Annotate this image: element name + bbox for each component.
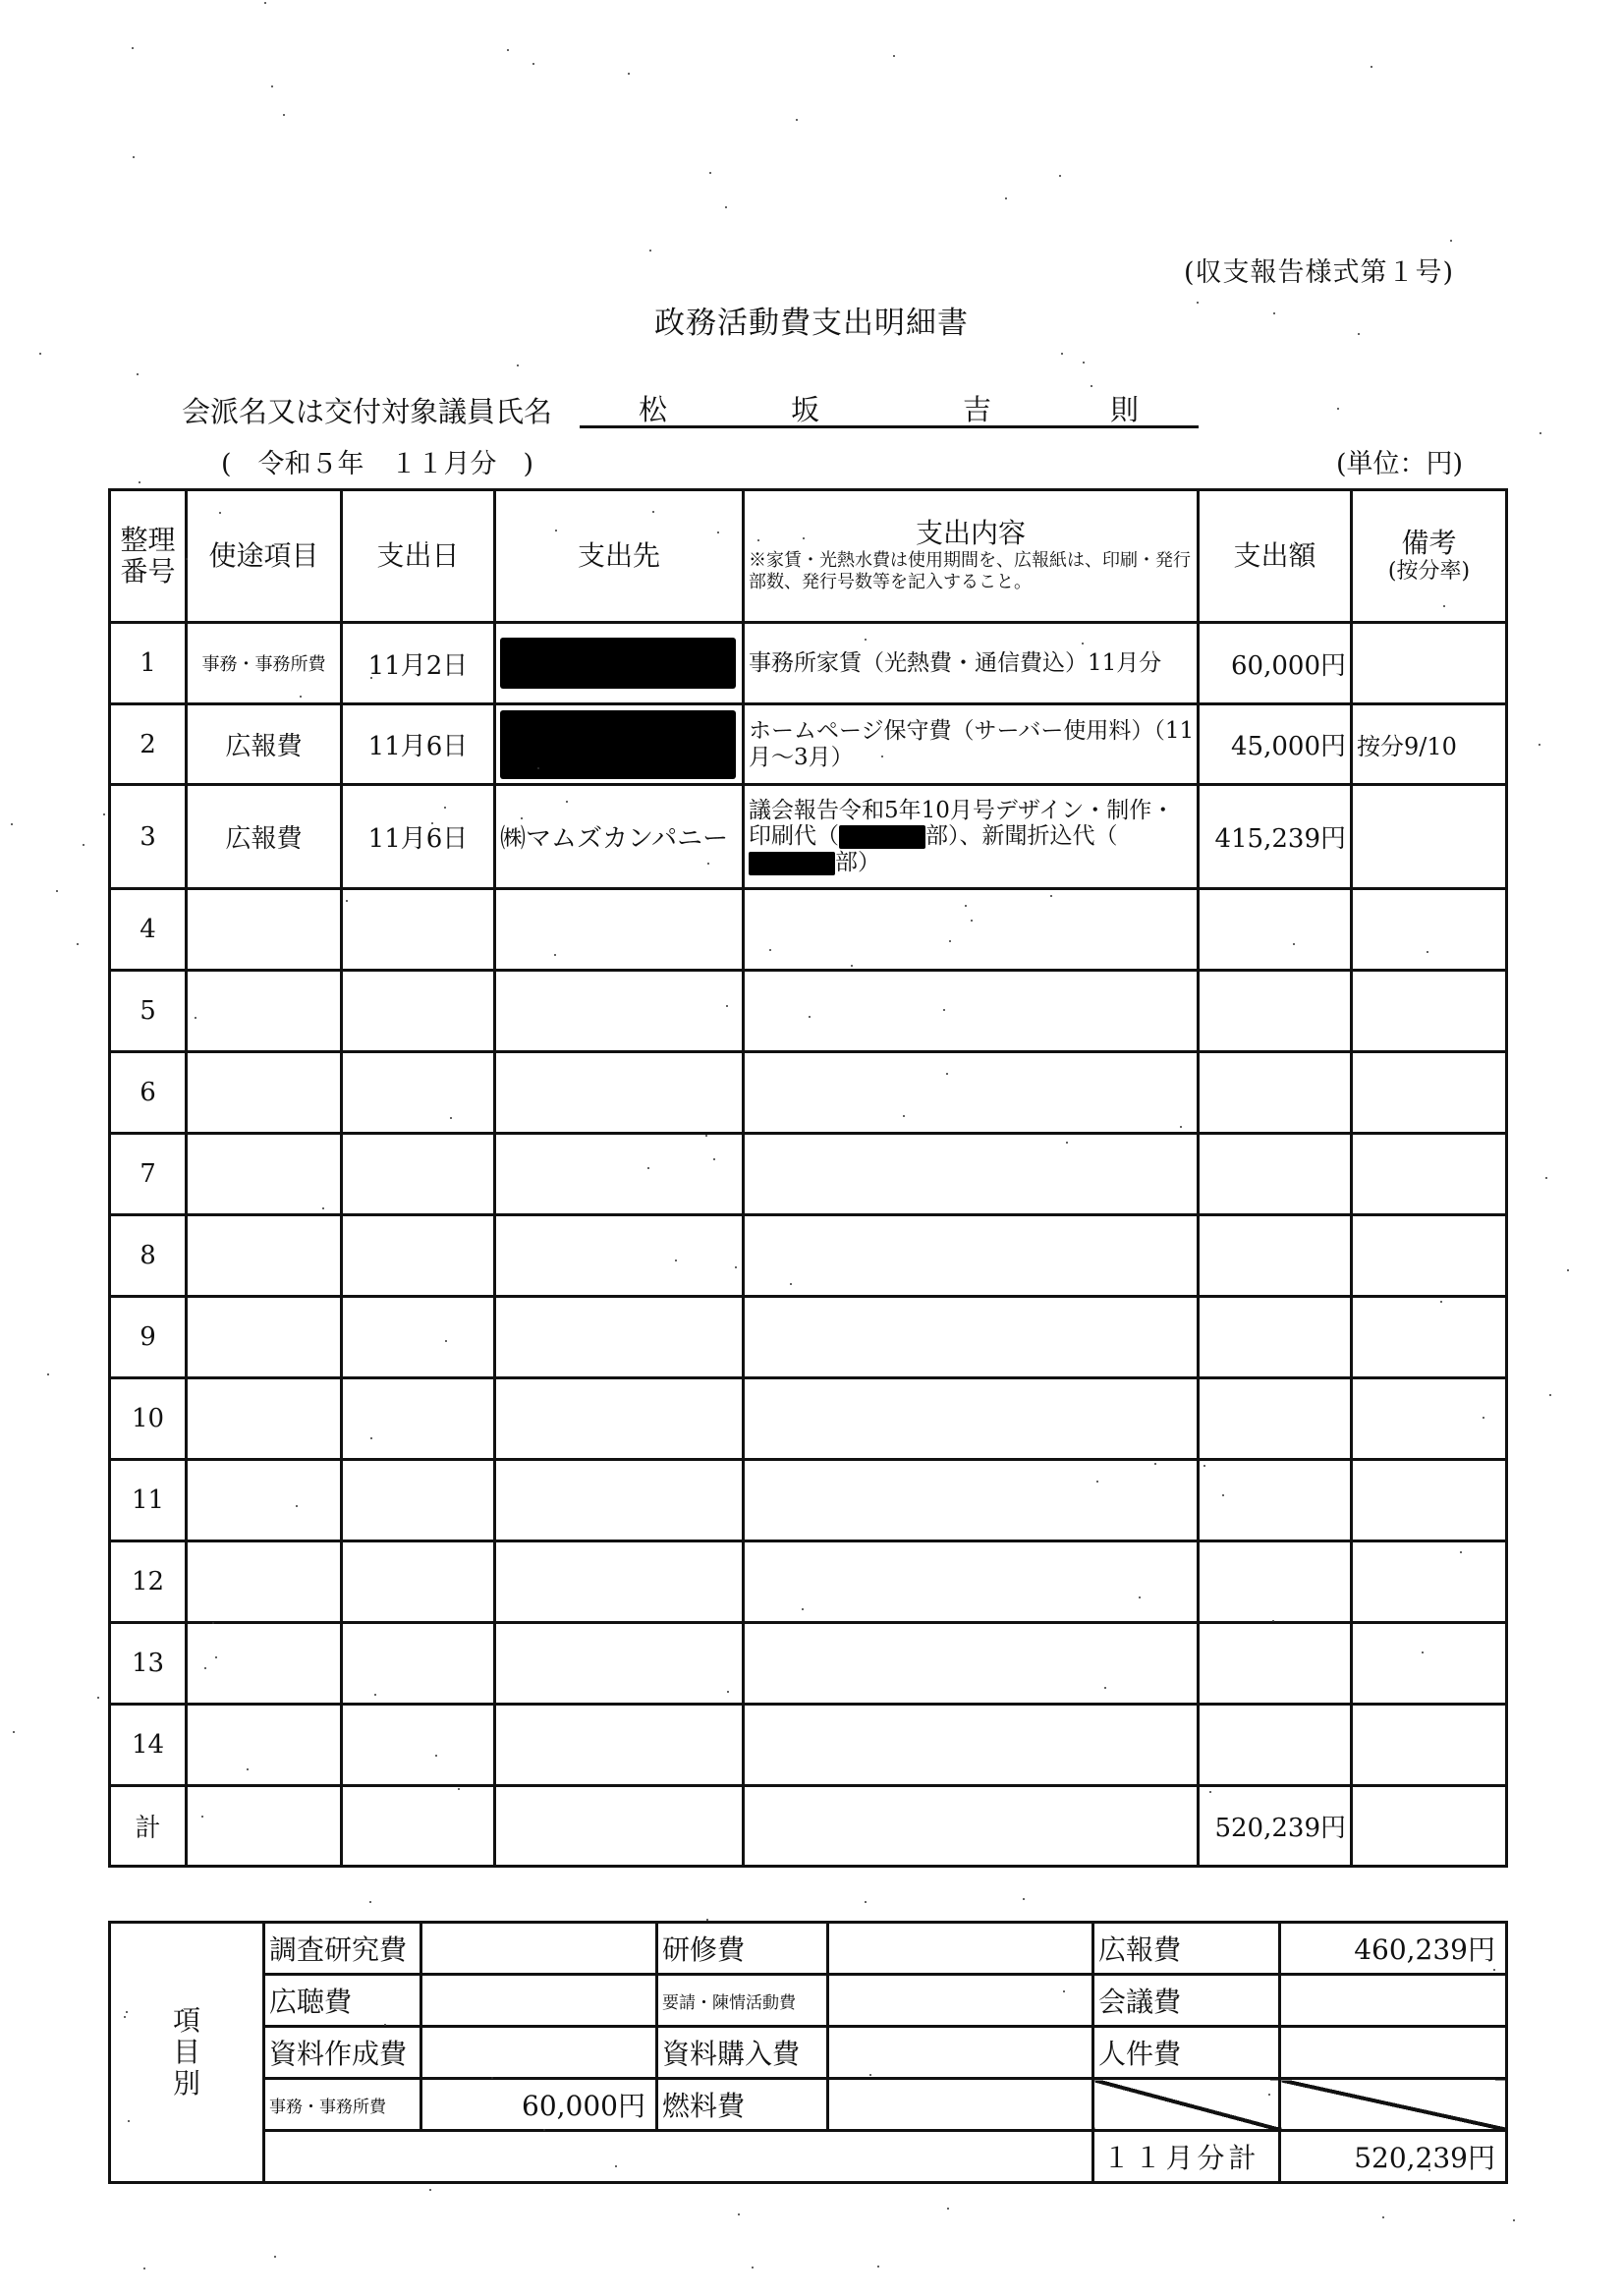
- scan-speck: [1382, 2216, 1384, 2218]
- scan-speck: [507, 49, 509, 51]
- remarks: [1352, 1378, 1507, 1460]
- scan-speck: [1371, 66, 1372, 68]
- crossed-out-cell: [1093, 2079, 1280, 2131]
- scan-speck: [143, 2268, 145, 2269]
- scan-speck: [1005, 197, 1007, 199]
- scan-speck: [1082, 643, 1084, 644]
- scan-speck: [943, 1009, 945, 1011]
- unit-label: (単位：円): [1336, 442, 1463, 480]
- scan-speck: [1440, 1301, 1442, 1303]
- expense-date: [342, 971, 495, 1052]
- scan-speck: [517, 364, 519, 366]
- scan-speck: [1493, 1969, 1495, 1971]
- scan-speck: [675, 1260, 677, 1261]
- scan-speck: [219, 512, 221, 514]
- scan-speck: [802, 1608, 804, 1610]
- scan-speck: [1104, 1687, 1106, 1689]
- payee: [495, 1541, 744, 1623]
- summary-row: 事務・事務所費60,000円燃料費: [110, 2079, 1507, 2131]
- category-value: [828, 2079, 1093, 2131]
- remarks: [1352, 785, 1507, 889]
- scan-speck: [628, 73, 630, 75]
- scan-speck: [1050, 895, 1052, 897]
- scan-speck: [274, 2256, 276, 2258]
- payee: [495, 1052, 744, 1134]
- remarks: [1352, 1705, 1507, 1786]
- expense-date: [342, 1378, 495, 1460]
- row-number: 10: [110, 1378, 187, 1460]
- document-title: 政務活動費支出明細書: [0, 298, 1623, 342]
- col-header-no: 整理 番号: [110, 490, 187, 623]
- category-label: 資料作成費: [264, 2027, 421, 2079]
- redaction: [500, 638, 736, 689]
- category-value: [421, 1923, 657, 1975]
- scan-speck: [971, 920, 973, 922]
- scan-speck: [133, 156, 135, 158]
- scan-speck: [1091, 385, 1092, 387]
- scan-speck: [195, 1017, 196, 1019]
- table-row: 8: [110, 1215, 1507, 1297]
- scan-speck: [1422, 1652, 1424, 1653]
- scan-speck: [1180, 1126, 1182, 1128]
- remarks: [1352, 1297, 1507, 1378]
- use-item: [187, 971, 342, 1052]
- scan-speck: [803, 537, 805, 539]
- scan-speck: [491, 2077, 493, 2079]
- scan-speck: [1203, 1465, 1205, 1467]
- col-header-remarks: 備考 (按分率): [1352, 490, 1507, 623]
- scan-speck: [1139, 1596, 1141, 1598]
- expense-amount: 60,000円: [1199, 623, 1352, 704]
- expense-content: [744, 1297, 1199, 1378]
- category-value: 460,239円: [1280, 1923, 1507, 1975]
- category-value: [1280, 2027, 1507, 2079]
- table-row: 10: [110, 1378, 1507, 1460]
- summary-row: 広聴費要請・陳情活動費会議費: [110, 1975, 1507, 2027]
- scan-speck: [247, 1768, 249, 1770]
- scan-speck: [296, 1505, 298, 1507]
- expense-date: [342, 1052, 495, 1134]
- expense-content: [744, 1705, 1199, 1786]
- total-label: 計: [110, 1786, 187, 1867]
- scan-speck: [346, 900, 348, 902]
- col-header-use: 使途項目: [187, 490, 342, 623]
- summary-row: 資料作成費資料購入費人件費: [110, 2027, 1507, 2079]
- scan-speck: [370, 1437, 372, 1439]
- row-number: 11: [110, 1460, 187, 1541]
- row-number: 3: [110, 785, 187, 889]
- month-total-row: １１月分計520,239円: [110, 2131, 1507, 2183]
- scan-speck: [444, 807, 446, 809]
- payee: [495, 704, 744, 785]
- category-side-label: 項目別: [110, 1923, 264, 2183]
- scan-speck: [946, 1073, 948, 1075]
- expense-amount: [1199, 1215, 1352, 1297]
- scan-speck: [1061, 353, 1063, 355]
- category-summary-table: 項目別調査研究費研修費広報費460,239円広聴費要請・陳情活動費会議費資料作成…: [108, 1921, 1508, 2184]
- scan-speck: [271, 85, 273, 87]
- scan-speck: [727, 1691, 729, 1693]
- expense-table: 整理 番号 使途項目 支出日 支出先 支出内容 ※家賃・光熱水費は使用期間を、広…: [108, 488, 1508, 1868]
- payee: [495, 1215, 744, 1297]
- expense-amount: 45,000円: [1199, 704, 1352, 785]
- scan-speck: [521, 817, 523, 819]
- payee: [495, 889, 744, 971]
- scan-speck: [429, 2189, 431, 2191]
- category-value: 60,000円: [421, 2079, 657, 2131]
- scan-speck: [1428, 2169, 1430, 2171]
- scan-speck: [215, 1656, 217, 1658]
- table-row: 9: [110, 1297, 1507, 1378]
- scan-speck: [1154, 1463, 1156, 1465]
- scan-speck: [1273, 312, 1275, 314]
- use-item: [187, 1541, 342, 1623]
- scan-speck: [543, 2129, 545, 2131]
- expense-content: 事務所家賃（光熱費・通信費込）11月分: [744, 623, 1199, 704]
- scan-speck: [615, 2165, 617, 2167]
- scan-speck: [851, 965, 853, 967]
- row-number: 9: [110, 1297, 187, 1378]
- use-item: [187, 1460, 342, 1541]
- table-row: 12: [110, 1541, 1507, 1623]
- total-amount: 520,239円: [1199, 1786, 1352, 1867]
- category-value: [421, 2027, 657, 2079]
- scan-speck: [1460, 1551, 1462, 1553]
- category-label: 資料購入費: [657, 2027, 828, 2079]
- scan-speck: [450, 1117, 452, 1119]
- expense-amount: [1199, 1623, 1352, 1705]
- payee: [495, 1460, 744, 1541]
- expense-content: [744, 1215, 1199, 1297]
- payee: [495, 1623, 744, 1705]
- scan-speck: [56, 890, 58, 892]
- scan-speck: [1209, 1791, 1211, 1793]
- remarks: [1352, 971, 1507, 1052]
- expense-amount: [1199, 1134, 1352, 1215]
- category-label: 広報費: [1093, 1923, 1280, 1975]
- scan-speck: [1427, 951, 1428, 953]
- scan-speck: [649, 250, 651, 252]
- scan-speck: [555, 530, 557, 532]
- remarks: [1352, 889, 1507, 971]
- payee: [495, 1297, 744, 1378]
- expense-amount: [1199, 1705, 1352, 1786]
- expense-content: [744, 1623, 1199, 1705]
- category-label: 燃料費: [657, 2079, 828, 2131]
- redaction: [500, 710, 736, 779]
- payee: [495, 1705, 744, 1786]
- row-number: 5: [110, 971, 187, 1052]
- scan-speck: [11, 823, 13, 825]
- member-name: 松 坂 吉 則: [580, 388, 1199, 428]
- payee: ㈱マムズカンパニー: [495, 785, 744, 889]
- scan-speck: [1443, 605, 1445, 607]
- scan-speck: [103, 813, 105, 815]
- category-label: 事務・事務所費: [264, 2079, 421, 2131]
- scan-speck: [877, 2266, 879, 2268]
- row-number: 6: [110, 1052, 187, 1134]
- member-name-char: 松: [639, 388, 667, 428]
- scan-speck: [709, 172, 711, 174]
- scan-speck: [97, 1697, 99, 1699]
- use-item: [187, 1134, 342, 1215]
- expense-date: [342, 1623, 495, 1705]
- category-label: 調査研究費: [264, 1923, 421, 1975]
- scan-speck: [706, 1919, 708, 1921]
- scan-speck: [735, 1996, 737, 1998]
- category-label: 人件費: [1093, 2027, 1280, 2079]
- table-row: 4: [110, 889, 1507, 971]
- scan-speck: [124, 2016, 126, 2018]
- scan-speck: [1358, 333, 1360, 335]
- scan-speck: [435, 1755, 437, 1757]
- scan-speck: [132, 47, 134, 49]
- scan-speck: [83, 844, 84, 846]
- scan-speck: [726, 1005, 728, 1007]
- period: ( 令和５年 １１月分 ): [221, 442, 533, 480]
- scan-speck: [1066, 1142, 1068, 1144]
- scan-speck: [1268, 2094, 1270, 2096]
- table-row: 5: [110, 971, 1507, 1052]
- category-label: 広聴費: [264, 1975, 421, 2027]
- col-header-payee: 支出先: [495, 490, 744, 623]
- scan-speck: [1023, 1898, 1025, 1900]
- remarks: [1352, 1623, 1507, 1705]
- scan-speck: [893, 55, 895, 57]
- month-total-value: 520,239円: [1280, 2131, 1507, 2183]
- scan-speck: [264, 2, 266, 4]
- scan-speck: [1197, 302, 1199, 304]
- scan-speck: [204, 1667, 206, 1669]
- scan-speck: [137, 373, 139, 375]
- scan-speck: [1513, 2219, 1515, 2221]
- use-item: [187, 1297, 342, 1378]
- col-header-amount: 支出額: [1199, 490, 1352, 623]
- expense-amount: [1199, 1541, 1352, 1623]
- scan-speck: [647, 1167, 649, 1169]
- row-number: 2: [110, 704, 187, 785]
- scan-speck: [717, 532, 719, 533]
- use-item: [187, 1215, 342, 1297]
- remarks: [1352, 1460, 1507, 1541]
- scan-speck: [1293, 943, 1295, 945]
- scan-speck: [865, 639, 867, 641]
- scan-speck: [735, 1266, 737, 1268]
- expense-content: [744, 971, 1199, 1052]
- scan-speck: [707, 863, 709, 865]
- scan-speck: [322, 1207, 324, 1209]
- scan-speck: [212, 1622, 214, 1624]
- scan-speck: [128, 2120, 130, 2122]
- category-value: [828, 2027, 1093, 2079]
- use-item: [187, 1378, 342, 1460]
- use-item: 事務・事務所費: [187, 623, 342, 704]
- expense-amount: 415,239円: [1199, 785, 1352, 889]
- table-header-row: 整理 番号 使途項目 支出日 支出先 支出内容 ※家賃・光熱水費は使用期間を、広…: [110, 490, 1507, 623]
- category-value: [421, 1975, 657, 2027]
- scan-speck: [965, 905, 967, 907]
- expense-amount: [1199, 1297, 1352, 1378]
- scan-speck: [126, 2011, 128, 2013]
- expense-content: ホームページ保守費（サーバー使用料）（11月～3月）: [744, 704, 1199, 785]
- content-note: ※家賃・光熱水費は使用期間を、広報紙は、印刷・発行部数、発行号数等を記入すること…: [745, 550, 1197, 594]
- row-number: 8: [110, 1215, 187, 1297]
- scan-speck: [1337, 408, 1339, 410]
- scan-speck: [1083, 362, 1085, 364]
- expense-date: [342, 1541, 495, 1623]
- scan-speck: [1096, 1481, 1098, 1483]
- row-number: 14: [110, 1705, 187, 1786]
- scan-speck: [752, 2267, 754, 2268]
- scan-speck: [554, 954, 556, 956]
- scan-speck: [283, 114, 285, 116]
- scan-speck: [425, 541, 427, 543]
- scan-speck: [13, 1731, 15, 1733]
- table-row: 7: [110, 1134, 1507, 1215]
- summary-row: 項目別調査研究費研修費広報費460,239円: [110, 1923, 1507, 1975]
- scan-speck: [1549, 1394, 1551, 1396]
- redaction: [839, 825, 925, 849]
- expense-content: [744, 1378, 1199, 1460]
- remarks: [1352, 623, 1507, 704]
- expense-amount: [1199, 971, 1352, 1052]
- scan-speck: [1450, 240, 1452, 242]
- expense-content: 議会報告令和5年10月号デザイン・制作・印刷代（部）、新聞折込代（部）: [744, 785, 1199, 889]
- scan-speck: [77, 943, 79, 945]
- scan-speck: [769, 949, 771, 951]
- scan-speck: [201, 1816, 203, 1818]
- scan-speck: [738, 2213, 740, 2215]
- remarks: 按分9/10: [1352, 704, 1507, 785]
- row-number: 7: [110, 1134, 187, 1215]
- scan-speck: [781, 573, 783, 575]
- use-item: [187, 1623, 342, 1705]
- scan-speck: [1545, 1177, 1547, 1179]
- scan-speck: [1272, 1620, 1274, 1622]
- scan-speck: [370, 677, 372, 679]
- category-value: [828, 1923, 1093, 1975]
- scan-speck: [652, 511, 654, 513]
- scan-speck: [757, 539, 759, 541]
- member-name-char: 則: [1110, 388, 1139, 428]
- scan-speck: [1539, 744, 1540, 746]
- expense-content: [744, 1134, 1199, 1215]
- redaction: [749, 852, 835, 875]
- expense-date: 11月2日: [342, 623, 495, 704]
- category-label: 要請・陳情活動費: [657, 1975, 828, 2027]
- remarks: [1352, 1215, 1507, 1297]
- scan-speck: [1222, 1494, 1224, 1496]
- row-number: 4: [110, 889, 187, 971]
- payee: [495, 971, 744, 1052]
- scan-speck: [881, 756, 883, 757]
- scan-speck: [713, 1158, 715, 1160]
- expense-amount: [1199, 1052, 1352, 1134]
- scan-speck: [537, 767, 539, 769]
- scan-speck: [566, 801, 568, 803]
- expense-amount: [1199, 1460, 1352, 1541]
- expense-date: [342, 1215, 495, 1297]
- scan-speck: [1483, 1417, 1484, 1419]
- category-value: [1280, 1975, 1507, 2027]
- expense-content: [744, 1541, 1199, 1623]
- payee: [495, 1378, 744, 1460]
- expense-date: [342, 1460, 495, 1541]
- scan-speck: [374, 1694, 376, 1696]
- expense-date: [342, 1705, 495, 1786]
- category-value: [828, 1975, 1093, 2027]
- scan-speck: [1059, 175, 1061, 177]
- expense-date: [342, 1297, 495, 1378]
- remarks: [1352, 1052, 1507, 1134]
- scan-speck: [1063, 1990, 1065, 1992]
- total-row: 計 520,239円: [110, 1786, 1507, 1867]
- scan-speck: [445, 1340, 447, 1342]
- scan-speck: [369, 1901, 371, 1903]
- expense-content: [744, 889, 1199, 971]
- expense-content: [744, 1460, 1199, 1541]
- scan-speck: [47, 1373, 49, 1375]
- scan-speck: [796, 119, 798, 121]
- scan-speck: [949, 940, 951, 942]
- table-row: 11: [110, 1460, 1507, 1541]
- use-item: 広報費: [187, 704, 342, 785]
- scan-speck: [903, 1115, 905, 1117]
- col-header-content: 支出内容 ※家賃・光熱水費は使用期間を、広報紙は、印刷・発行部数、発行号数等を記…: [744, 490, 1199, 623]
- scan-speck: [865, 1901, 867, 1903]
- scan-speck: [532, 63, 534, 65]
- table-row: 13: [110, 1623, 1507, 1705]
- payee: [495, 1134, 744, 1215]
- col-header-date: 支出日: [342, 490, 495, 623]
- member-name-char: 吉: [963, 388, 991, 428]
- scan-speck: [186, 558, 188, 560]
- expense-content: [744, 1052, 1199, 1134]
- scan-speck: [458, 1788, 460, 1790]
- remarks: [1352, 1541, 1507, 1623]
- row-number: 12: [110, 1541, 187, 1623]
- scan-speck: [300, 696, 302, 698]
- category-label: 研修費: [657, 1923, 828, 1975]
- table-row: 1事務・事務所費11月2日事務所家賃（光熱費・通信費込）11月分60,000円: [110, 623, 1507, 704]
- row-number: 1: [110, 623, 187, 704]
- use-item: [187, 1052, 342, 1134]
- member-label: 会派名又は交付対象議員氏名: [182, 390, 552, 430]
- expense-date: [342, 889, 495, 971]
- scan-speck: [1539, 432, 1541, 434]
- crossed-out-cell: [1280, 2079, 1507, 2131]
- use-item: [187, 889, 342, 971]
- category-label: 会議費: [1093, 1975, 1280, 2027]
- scan-speck: [809, 1016, 811, 1018]
- scan-speck: [725, 206, 727, 208]
- scan-speck: [947, 2208, 949, 2210]
- table-row: 14: [110, 1705, 1507, 1786]
- use-item: 広報費: [187, 785, 342, 889]
- expense-date: 11月6日: [342, 785, 495, 889]
- payee: [495, 623, 744, 704]
- form-number: (収支報告様式第１号): [1184, 251, 1454, 289]
- table-row: 6: [110, 1052, 1507, 1134]
- scan-speck: [705, 1135, 707, 1137]
- scan-speck: [431, 822, 433, 824]
- scan-speck: [139, 481, 140, 483]
- row-number: 13: [110, 1623, 187, 1705]
- use-item: [187, 1705, 342, 1786]
- member-name-char: 坂: [791, 388, 819, 428]
- expense-date: [342, 1134, 495, 1215]
- scan-speck: [869, 2074, 871, 2076]
